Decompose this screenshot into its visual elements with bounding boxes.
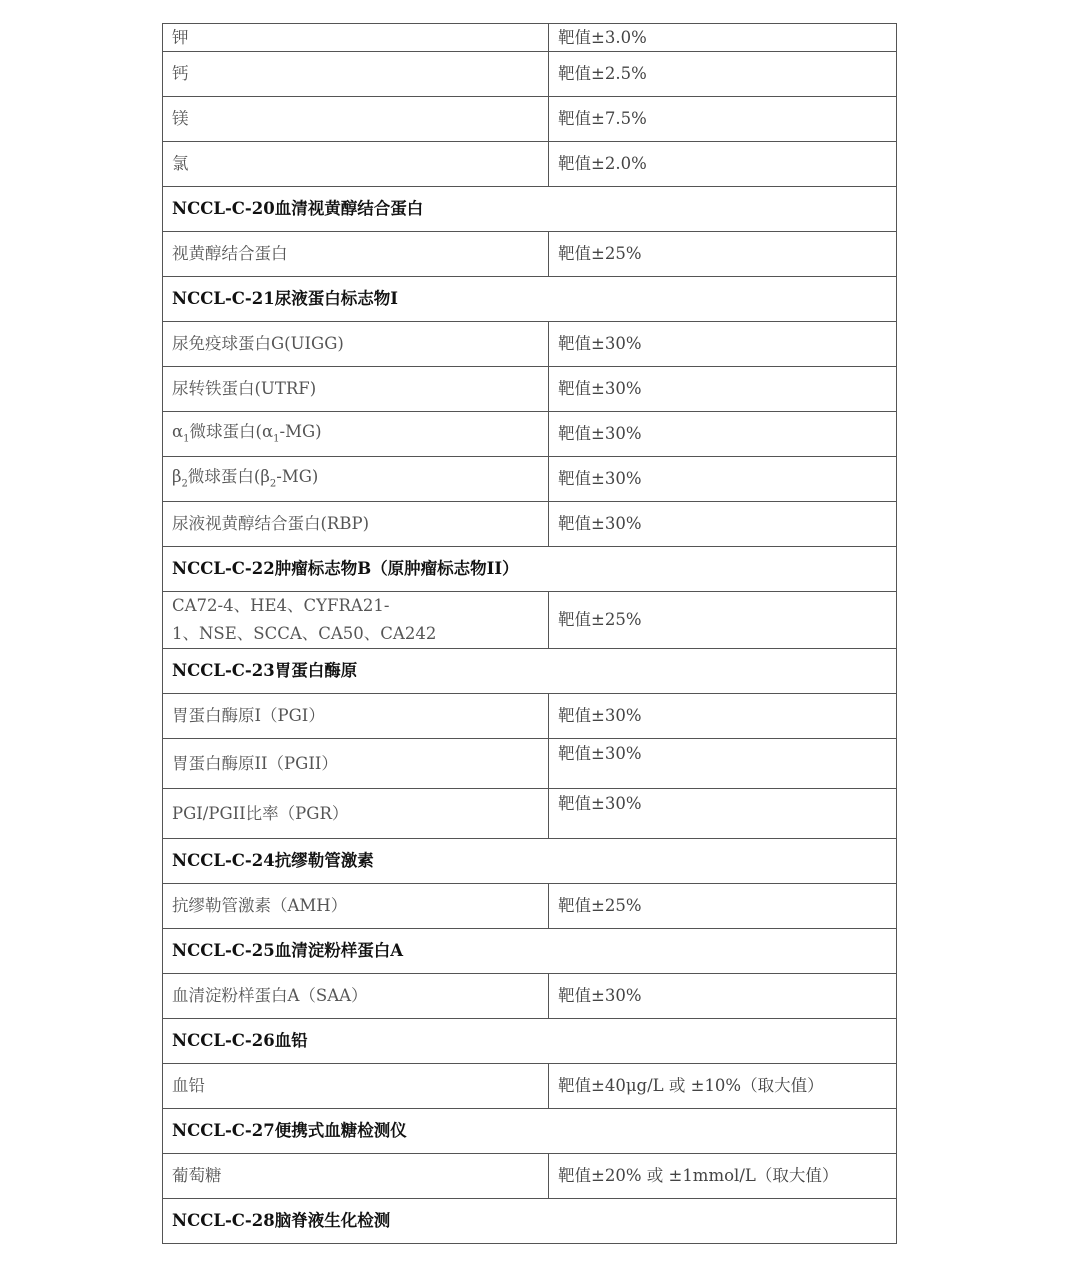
analyte-name: 尿转铁蛋白(UTRF): [163, 367, 549, 412]
tolerance-value: 靶值±25%: [549, 232, 897, 277]
analyte-name: 血铅: [163, 1064, 549, 1109]
table-row: α1微球蛋白(α1-MG) 靶值±30%: [163, 412, 897, 457]
tolerance-value: 靶值±7.5%: [549, 97, 897, 142]
section-row: NCCL-C-21尿液蛋白标志物Ⅰ: [163, 277, 897, 322]
tolerance-value: 靶值±30%: [549, 974, 897, 1019]
section-row: NCCL-C-24抗缪勒管激素: [163, 839, 897, 884]
analyte-name: 胃蛋白酶原II（PGII）: [163, 739, 549, 789]
tolerance-value: 靶值±2.5%: [549, 52, 897, 97]
quality-tolerance-table: 钾 靶值±3.0% 钙 靶值±2.5% 镁 靶值±7.5% 氯 靶值±2.0% …: [162, 23, 897, 1244]
tolerance-value: 靶值±30%: [549, 739, 897, 789]
section-title: NCCL-C-24抗缪勒管激素: [163, 839, 897, 884]
analyte-name: 视黄醇结合蛋白: [163, 232, 549, 277]
table-row: 尿免疫球蛋白G(UIGG) 靶值±30%: [163, 322, 897, 367]
analyte-name: PGI/PGII比率（PGR）: [163, 789, 549, 839]
section-title: NCCL-C-25血清淀粉样蛋白A: [163, 929, 897, 974]
table-row: CA72-4、HE4、CYFRA21-1、NSE、SCCA、CA50、CA242…: [163, 592, 897, 649]
analyte-name: 抗缪勒管激素（AMH）: [163, 884, 549, 929]
section-row: NCCL-C-25血清淀粉样蛋白A: [163, 929, 897, 974]
section-title: NCCL-C-20血清视黄醇结合蛋白: [163, 187, 897, 232]
section-row: NCCL-C-23胃蛋白酶原: [163, 649, 897, 694]
section-row: NCCL-C-20血清视黄醇结合蛋白: [163, 187, 897, 232]
tolerance-value: 靶值±2.0%: [549, 142, 897, 187]
table-row: 抗缪勒管激素（AMH） 靶值±25%: [163, 884, 897, 929]
analyte-name: 血清淀粉样蛋白A（SAA）: [163, 974, 549, 1019]
table-row: 钙 靶值±2.5%: [163, 52, 897, 97]
section-row: NCCL-C-28脑脊液生化检测: [163, 1199, 897, 1244]
section-title: NCCL-C-28脑脊液生化检测: [163, 1199, 897, 1244]
table-row: 胃蛋白酶原II（PGII） 靶值±30%: [163, 739, 897, 789]
tolerance-value: 靶值±30%: [549, 412, 897, 457]
table-row: 尿转铁蛋白(UTRF) 靶值±30%: [163, 367, 897, 412]
tolerance-value: 靶值±30%: [549, 367, 897, 412]
section-title: NCCL-C-23胃蛋白酶原: [163, 649, 897, 694]
table-row: 镁 靶值±7.5%: [163, 97, 897, 142]
table-row: 视黄醇结合蛋白 靶值±25%: [163, 232, 897, 277]
analyte-name: CA72-4、HE4、CYFRA21-1、NSE、SCCA、CA50、CA242: [163, 592, 549, 649]
table-row: PGI/PGII比率（PGR） 靶值±30%: [163, 789, 897, 839]
tolerance-value: 靶值±40μg/L 或 ±10%（取大值）: [549, 1064, 897, 1109]
analyte-name: 氯: [163, 142, 549, 187]
tolerance-value: 靶值±25%: [549, 884, 897, 929]
tolerance-value: 靶值±30%: [549, 694, 897, 739]
section-row: NCCL-C-26血铅: [163, 1019, 897, 1064]
analyte-name: 钾: [163, 24, 549, 52]
tolerance-value: 靶值±20% 或 ±1mmol/L（取大值）: [549, 1154, 897, 1199]
tolerance-value: 靶值±30%: [549, 322, 897, 367]
section-row: NCCL-C-22肿瘤标志物B（原肿瘤标志物II）: [163, 547, 897, 592]
table-row: 葡萄糖 靶值±20% 或 ±1mmol/L（取大值）: [163, 1154, 897, 1199]
analyte-name: 尿免疫球蛋白G(UIGG): [163, 322, 549, 367]
analyte-name: β2微球蛋白(β2-MG): [163, 457, 549, 502]
analyte-name: 镁: [163, 97, 549, 142]
tolerance-value: 靶值±30%: [549, 457, 897, 502]
section-title: NCCL-C-21尿液蛋白标志物Ⅰ: [163, 277, 897, 322]
table-row: 血铅 靶值±40μg/L 或 ±10%（取大值）: [163, 1064, 897, 1109]
analyte-name: α1微球蛋白(α1-MG): [163, 412, 549, 457]
table-row: 胃蛋白酶原Ⅰ（PGI） 靶值±30%: [163, 694, 897, 739]
tolerance-value: 靶值±3.0%: [549, 24, 897, 52]
analyte-name: 钙: [163, 52, 549, 97]
section-title: NCCL-C-27便携式血糖检测仪: [163, 1109, 897, 1154]
table-row: 钾 靶值±3.0%: [163, 24, 897, 52]
tolerance-value: 靶值±30%: [549, 502, 897, 547]
section-row: NCCL-C-27便携式血糖检测仪: [163, 1109, 897, 1154]
tolerance-value: 靶值±30%: [549, 789, 897, 839]
section-title: NCCL-C-22肿瘤标志物B（原肿瘤标志物II）: [163, 547, 897, 592]
analyte-name: 葡萄糖: [163, 1154, 549, 1199]
table-row: 尿液视黄醇结合蛋白(RBP) 靶值±30%: [163, 502, 897, 547]
table-row: β2微球蛋白(β2-MG) 靶值±30%: [163, 457, 897, 502]
analyte-name: 尿液视黄醇结合蛋白(RBP): [163, 502, 549, 547]
table-row: 氯 靶值±2.0%: [163, 142, 897, 187]
table-row: 血清淀粉样蛋白A（SAA） 靶值±30%: [163, 974, 897, 1019]
analyte-name: 胃蛋白酶原Ⅰ（PGI）: [163, 694, 549, 739]
tolerance-value: 靶值±25%: [549, 592, 897, 649]
section-title: NCCL-C-26血铅: [163, 1019, 897, 1064]
